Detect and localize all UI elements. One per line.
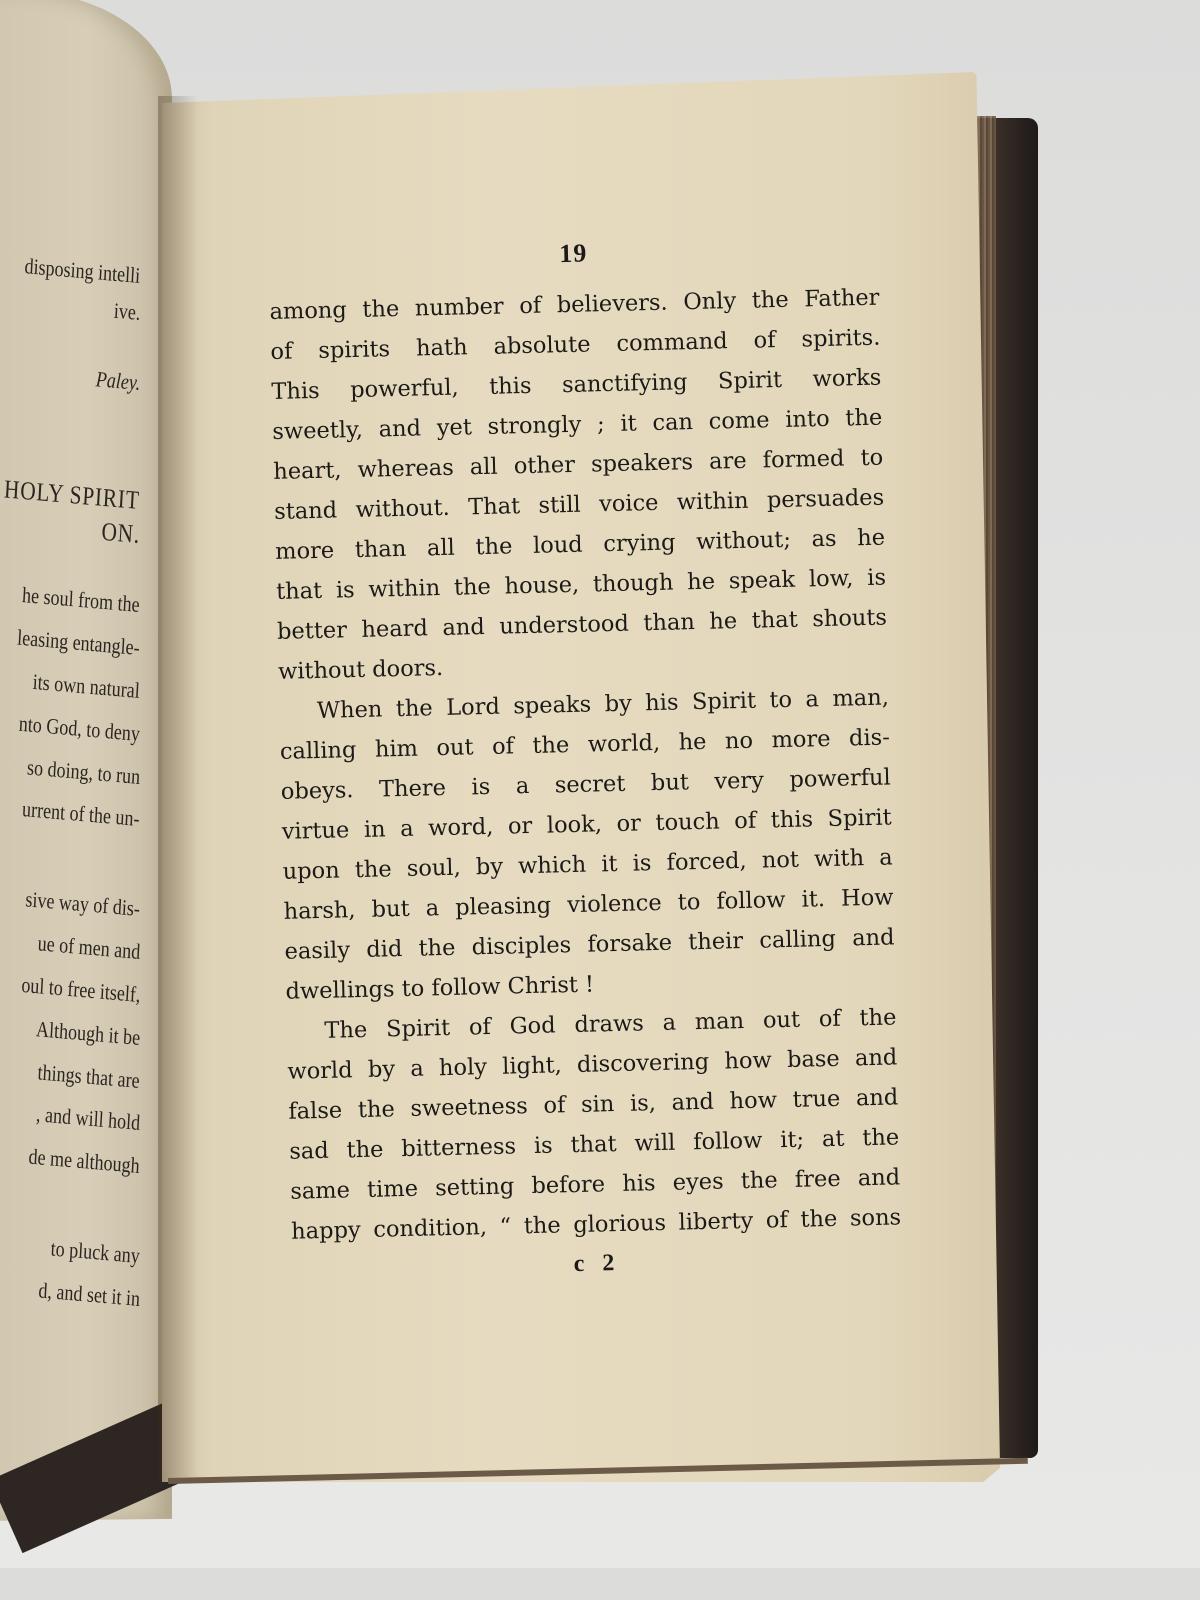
left-line: things that are <box>37 1061 140 1092</box>
left-line: sive way of dis- <box>25 888 141 920</box>
left-line: leasing entangle- <box>17 627 141 659</box>
left-line: nto God, to deny <box>18 713 140 745</box>
left-line: so doing, to run <box>26 756 140 788</box>
right-page-content: 19 among the number of believers. Only t… <box>268 232 902 1285</box>
left-line: ue of men and <box>37 932 141 963</box>
left-line: Although it be <box>35 1018 140 1049</box>
left-line: ive. <box>113 300 141 324</box>
left-line: d, and set it in <box>38 1279 141 1310</box>
left-heading: ON. <box>101 519 141 548</box>
gutter-shadow <box>158 96 198 1482</box>
left-line: , and will hold <box>35 1103 140 1134</box>
book-photo: disposing intelli ive. Paley. HOLY SPIRI… <box>0 0 1176 1568</box>
left-line: urrent of the un- <box>22 798 141 830</box>
left-attribution: Paley. <box>95 368 141 394</box>
left-line: he soul from the <box>22 584 141 616</box>
body-text: among the number of believers. Only the … <box>269 278 901 1252</box>
left-heading: HOLY SPIRIT <box>4 476 141 513</box>
left-page-text: disposing intelli ive. Paley. HOLY SPIRI… <box>0 0 150 1400</box>
left-line: disposing intelli <box>24 255 141 287</box>
left-line: oul to free itself, <box>20 974 140 1006</box>
left-line: to pluck any <box>50 1237 140 1267</box>
left-line: de me although <box>28 1146 140 1177</box>
left-line: its own natural <box>32 671 140 702</box>
